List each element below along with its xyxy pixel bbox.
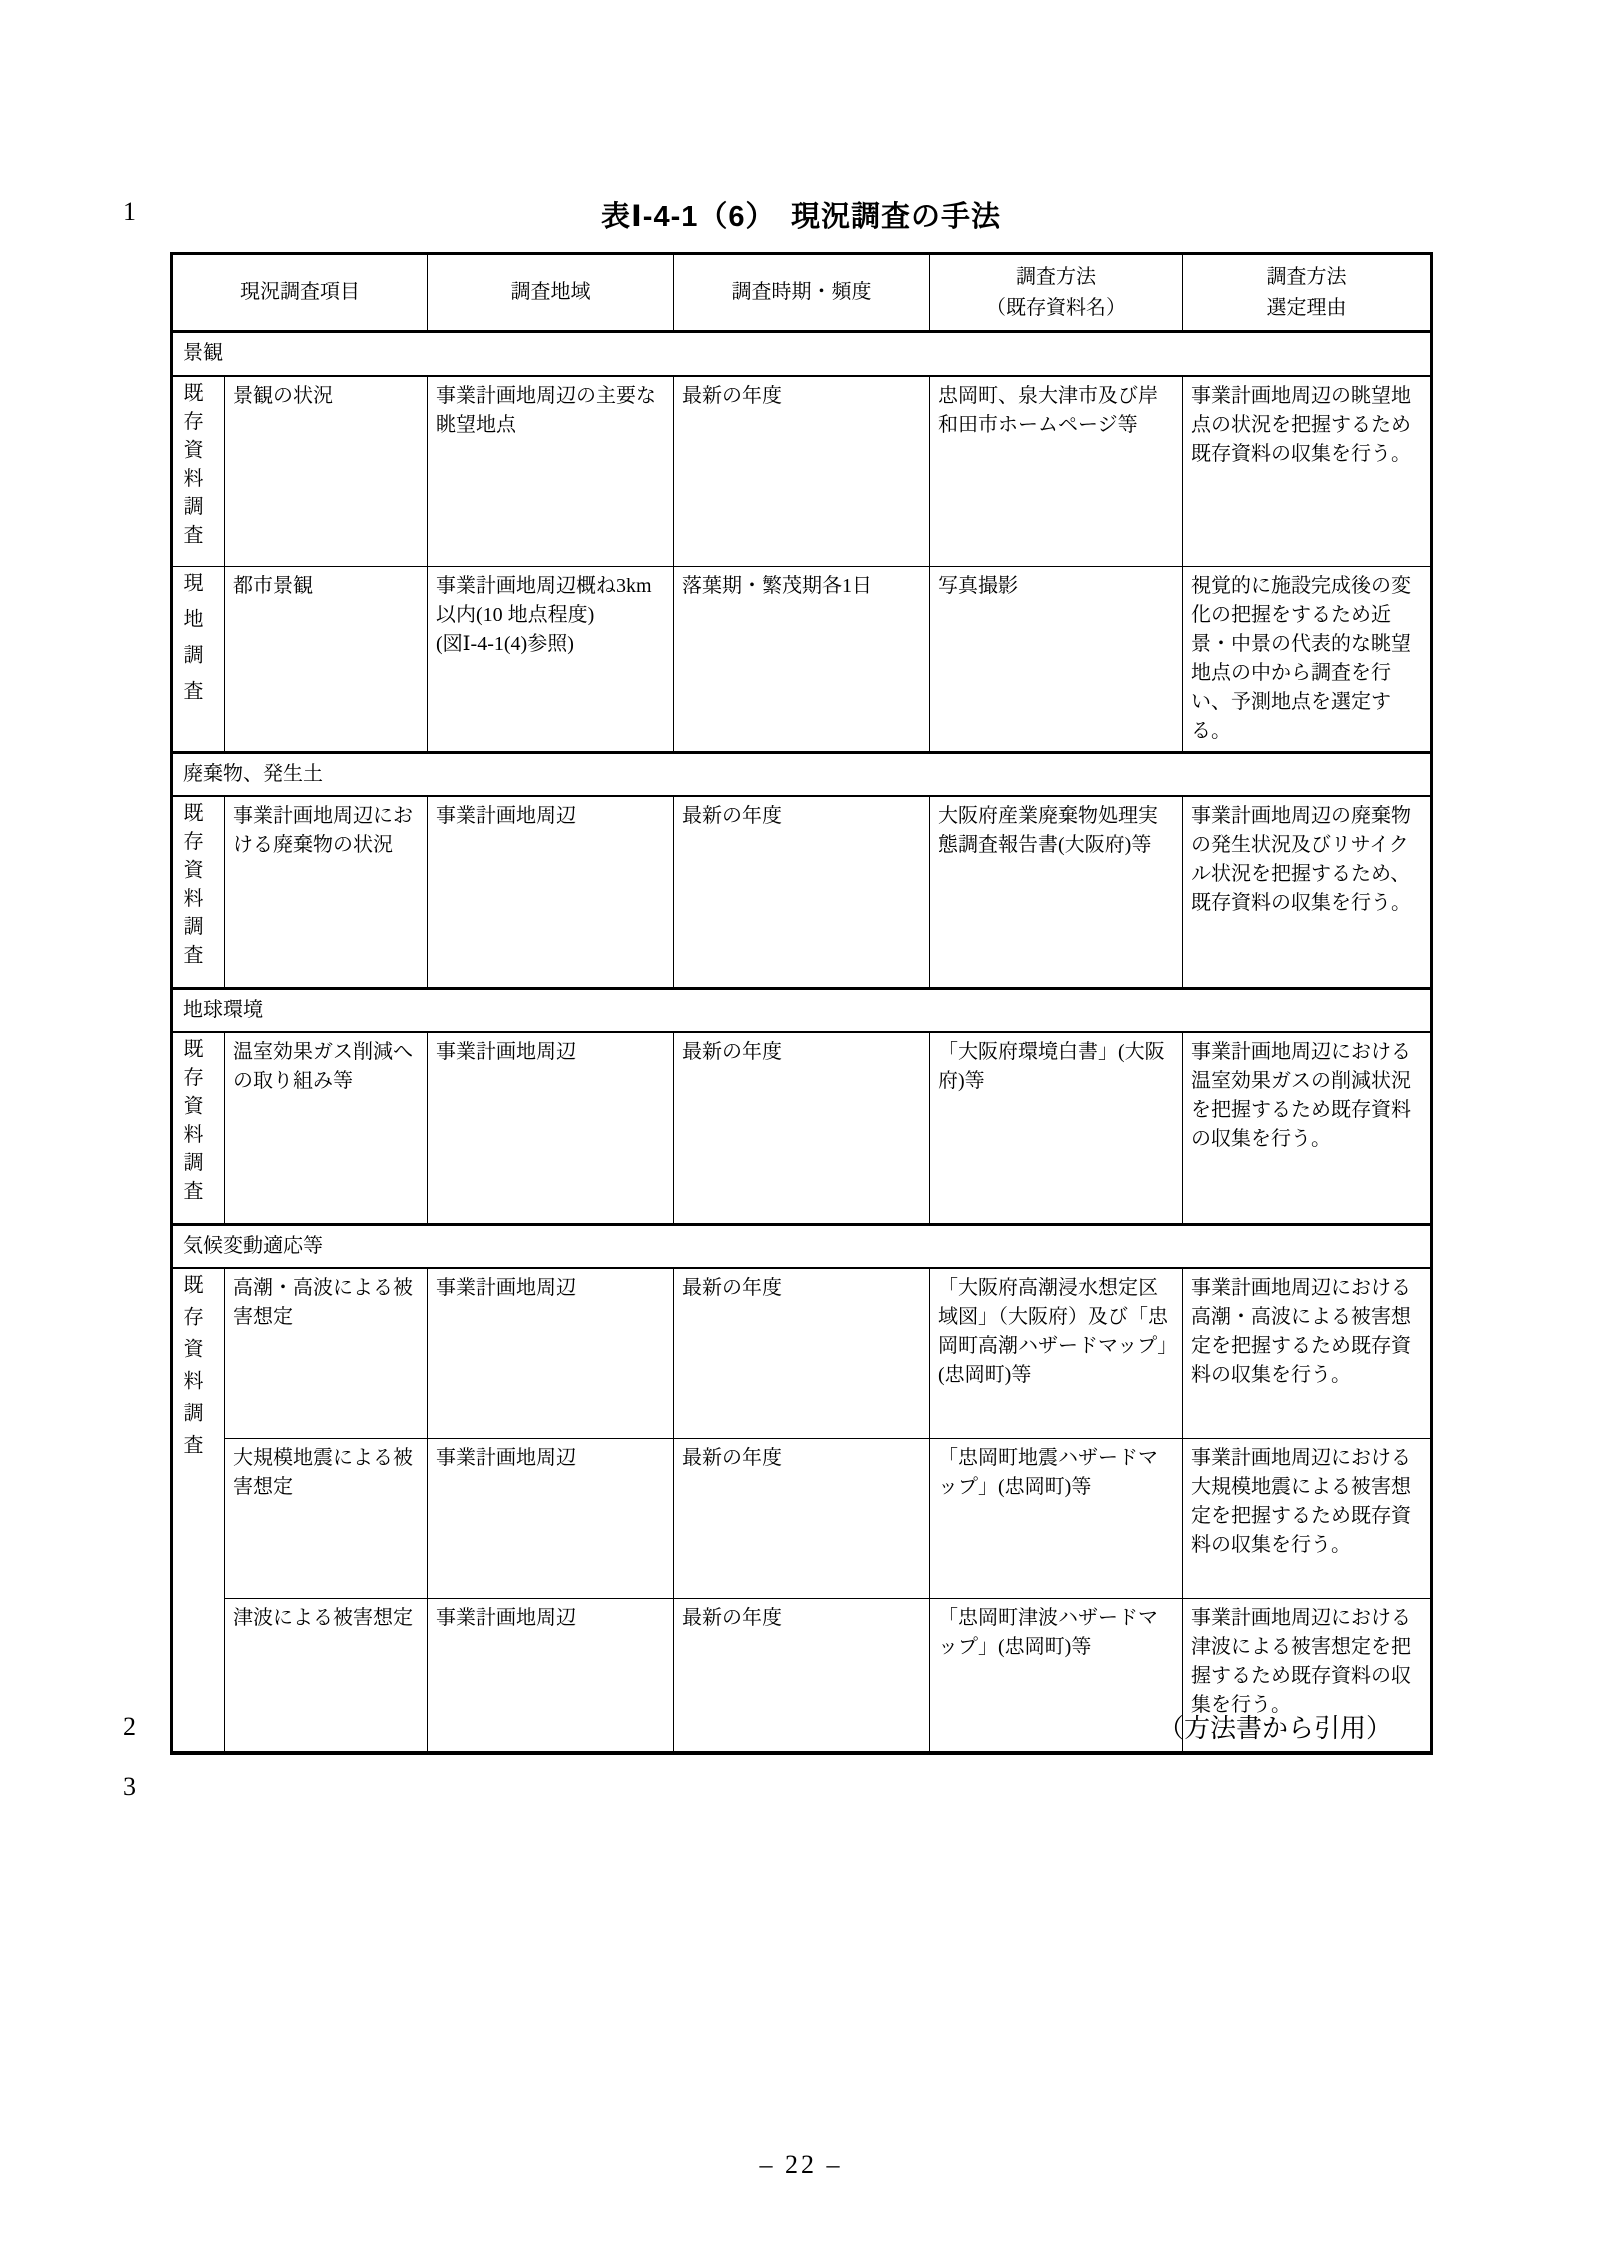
cell-item: 温室効果ガス削減への取り組み等 <box>225 1032 428 1224</box>
section-label: 廃棄物、発生土 <box>172 752 1432 796</box>
cell-method: 写真撮影 <box>930 566 1183 752</box>
line-number-1: 1 <box>123 197 136 227</box>
cell-reason: 事業計画地周辺の廃棄物の発生状況及びリサイクル状況を把握するため、既存資料の収集… <box>1183 796 1432 988</box>
cell-reason: 事業計画地周辺における大規模地震による被害想定を把握するため既存資料の収集を行う… <box>1183 1438 1432 1598</box>
line-number-2: 2 <box>123 1712 136 1742</box>
cell-area: 事業計画地周辺の主要な眺望地点 <box>428 376 674 567</box>
section-label: 地球環境 <box>172 988 1432 1032</box>
cell-area: 事業計画地周辺 <box>428 1032 674 1224</box>
vertical-label: 既存資料調査 <box>181 382 201 552</box>
cell-item: 都市景観 <box>225 566 428 752</box>
cell-item: 景観の状況 <box>225 376 428 567</box>
table-row: 大規模地震による被害想定 事業計画地周辺 最新の年度 「忠岡町地震ハザードマップ… <box>172 1438 1432 1598</box>
cell-reason: 視覚的に施設完成後の変化の把握をするため近景・中景の代表的な眺望地点の中から調査… <box>1183 566 1432 752</box>
cell-timing: 最新の年度 <box>674 1268 930 1438</box>
cell-item: 事業計画地周辺における廃棄物の状況 <box>225 796 428 988</box>
section-row-global-environment: 地球環境 <box>172 988 1432 1032</box>
section-label: 景観 <box>172 332 1432 376</box>
source-citation-note: （方法書から引用） <box>170 1708 1432 1745</box>
header-survey-timing: 調査時期・頻度 <box>674 254 930 332</box>
cell-survey-type: 既存資料調査 <box>172 1268 225 1753</box>
vertical-label: 既存資料調査 <box>181 1038 201 1208</box>
section-row-landscape: 景観 <box>172 332 1432 376</box>
cell-item: 高潮・高波による被害想定 <box>225 1268 428 1438</box>
cell-survey-type: 既存資料調査 <box>172 796 225 988</box>
section-row-waste-soil: 廃棄物、発生土 <box>172 752 1432 796</box>
cell-item: 大規模地震による被害想定 <box>225 1438 428 1598</box>
header-survey-method: 調査方法 （既存資料名） <box>930 254 1183 332</box>
cell-reason: 事業計画地周辺における高潮・高波による被害想定を把握するため既存資料の収集を行う… <box>1183 1268 1432 1438</box>
cell-method: 「忠岡町地震ハザードマップ」(忠岡町)等 <box>930 1438 1183 1598</box>
cell-survey-type: 既存資料調査 <box>172 1032 225 1224</box>
cell-method: 忠岡町、泉大津市及び岸和田市ホームページ等 <box>930 376 1183 567</box>
page-number: – 22 – <box>170 2150 1432 2180</box>
cell-method: 大阪府産業廃棄物処理実態調査報告書(大阪府)等 <box>930 796 1183 988</box>
table-row: 現地調査 都市景観 事業計画地周辺概ね3km 以内(10 地点程度) (図Ⅰ-4… <box>172 566 1432 752</box>
line-number-3: 3 <box>123 1772 136 1802</box>
vertical-label: 既存資料調査 <box>181 802 201 972</box>
cell-timing: 最新の年度 <box>674 376 930 567</box>
cell-area: 事業計画地周辺概ね3km 以内(10 地点程度) (図Ⅰ-4-1(4)参照) <box>428 566 674 752</box>
table-row: 既存資料調査 温室効果ガス削減への取り組み等 事業計画地周辺 最新の年度 「大阪… <box>172 1032 1432 1224</box>
section-label: 気候変動適応等 <box>172 1224 1432 1268</box>
cell-timing: 最新の年度 <box>674 1032 930 1224</box>
table-row: 既存資料調査 事業計画地周辺における廃棄物の状況 事業計画地周辺 最新の年度 大… <box>172 796 1432 988</box>
document-page: 1 表Ⅰ-4-1（6） 現況調査の手法 現況調査項目 調査地域 調査時期・頻度 … <box>0 0 1600 2263</box>
cell-reason: 事業計画地周辺における温室効果ガスの削減状況を把握するため既存資料の収集を行う。 <box>1183 1032 1432 1224</box>
header-survey-area: 調査地域 <box>428 254 674 332</box>
vertical-label: 現地調査 <box>181 572 201 716</box>
section-row-climate-adaptation: 気候変動適応等 <box>172 1224 1432 1268</box>
table-caption: 表Ⅰ-4-1（6） 現況調査の手法 <box>170 194 1432 235</box>
header-survey-item: 現況調査項目 <box>172 254 428 332</box>
cell-timing: 最新の年度 <box>674 1438 930 1598</box>
cell-method: 「大阪府高潮浸水想定区域図」（大阪府）及び「忠岡町高潮ハザードマップ」(忠岡町)… <box>930 1268 1183 1438</box>
cell-area: 事業計画地周辺 <box>428 1268 674 1438</box>
current-status-survey-table: 現況調査項目 調査地域 調査時期・頻度 調査方法 （既存資料名） 調査方法 選定… <box>170 252 1433 1755</box>
cell-timing: 落葉期・繁茂期各1日 <box>674 566 930 752</box>
cell-timing: 最新の年度 <box>674 796 930 988</box>
table-row: 既存資料調査 景観の状況 事業計画地周辺の主要な眺望地点 最新の年度 忠岡町、泉… <box>172 376 1432 567</box>
cell-area: 事業計画地周辺 <box>428 796 674 988</box>
cell-area: 事業計画地周辺 <box>428 1438 674 1598</box>
table-header-row: 現況調査項目 調査地域 調査時期・頻度 調査方法 （既存資料名） 調査方法 選定… <box>172 254 1432 332</box>
cell-method: 「大阪府環境白書」(大阪府)等 <box>930 1032 1183 1224</box>
header-method-reason: 調査方法 選定理由 <box>1183 254 1432 332</box>
vertical-label: 既存資料調査 <box>181 1274 201 1466</box>
cell-survey-type: 既存資料調査 <box>172 376 225 567</box>
cell-survey-type: 現地調査 <box>172 566 225 752</box>
table-row: 既存資料調査 高潮・高波による被害想定 事業計画地周辺 最新の年度 「大阪府高潮… <box>172 1268 1432 1438</box>
cell-reason: 事業計画地周辺の眺望地点の状況を把握するため既存資料の収集を行う。 <box>1183 376 1432 567</box>
